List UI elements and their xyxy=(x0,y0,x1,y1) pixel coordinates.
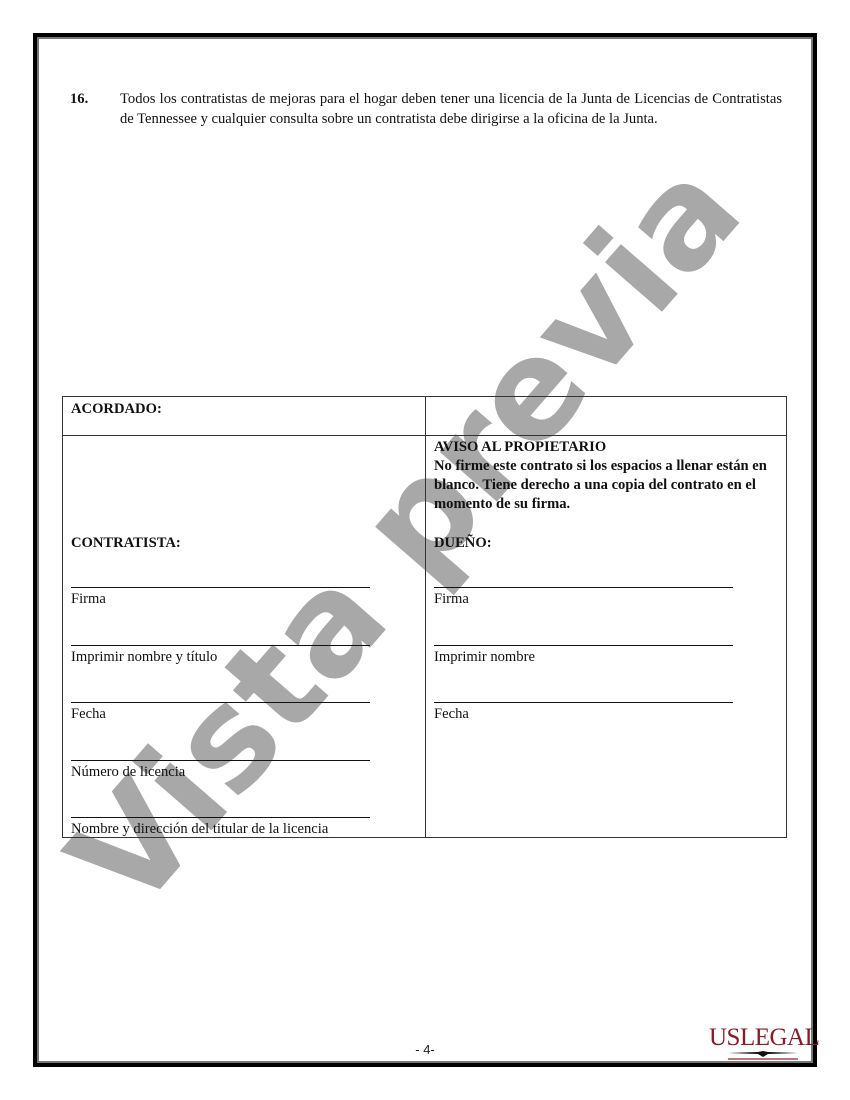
contractor-date-line[interactable] xyxy=(71,702,370,703)
uslegal-logo: USLEGAL xyxy=(706,1024,826,1064)
owner-notice: AVISO AL PROPIETARIO No firme este contr… xyxy=(434,438,784,514)
logo-text: USLEGAL xyxy=(709,1024,819,1052)
license-holder-name-address-line[interactable] xyxy=(71,817,370,818)
document-page: 16. Todos los contratistas de mejoras pa… xyxy=(0,0,850,1100)
table-column-divider xyxy=(425,397,426,837)
owner-notice-title: AVISO AL PROPIETARIO xyxy=(434,438,784,457)
contractor-license-number-label: Número de licencia xyxy=(71,763,185,782)
contractor-heading: CONTRATISTA: xyxy=(71,534,181,553)
owner-print-name-line[interactable] xyxy=(434,645,733,646)
owner-heading: DUEÑO: xyxy=(434,534,492,553)
logo-tagline xyxy=(728,1058,798,1060)
eagle-wing-icon xyxy=(728,1051,798,1057)
contractor-license-number-line[interactable] xyxy=(71,760,370,761)
clause-text: Todos los contratistas de mejoras para e… xyxy=(120,90,782,129)
owner-notice-body: No firme este contrato si los espacios a… xyxy=(434,457,784,514)
owner-date-label: Fecha xyxy=(434,705,469,724)
contractor-print-name-title-line[interactable] xyxy=(71,645,370,646)
license-holder-name-address-label: Nombre y dirección del titular de la lic… xyxy=(71,820,328,839)
owner-print-name-label: Imprimir nombre xyxy=(434,648,535,667)
owner-signature-label: Firma xyxy=(434,590,469,609)
signature-table: ACORDADO: AVISO AL PROPIETARIO No firme … xyxy=(62,396,787,838)
clause-number: 16. xyxy=(70,90,88,110)
page-number-text: - 4- xyxy=(415,1042,435,1057)
agreed-label: ACORDADO: xyxy=(71,400,162,419)
contractor-print-name-title-label: Imprimir nombre y título xyxy=(71,648,217,667)
owner-signature-line[interactable] xyxy=(434,587,733,588)
contractor-date-label: Fecha xyxy=(71,705,106,724)
owner-date-line[interactable] xyxy=(434,702,733,703)
contractor-signature-line[interactable] xyxy=(71,587,370,588)
contractor-signature-label: Firma xyxy=(71,590,106,609)
